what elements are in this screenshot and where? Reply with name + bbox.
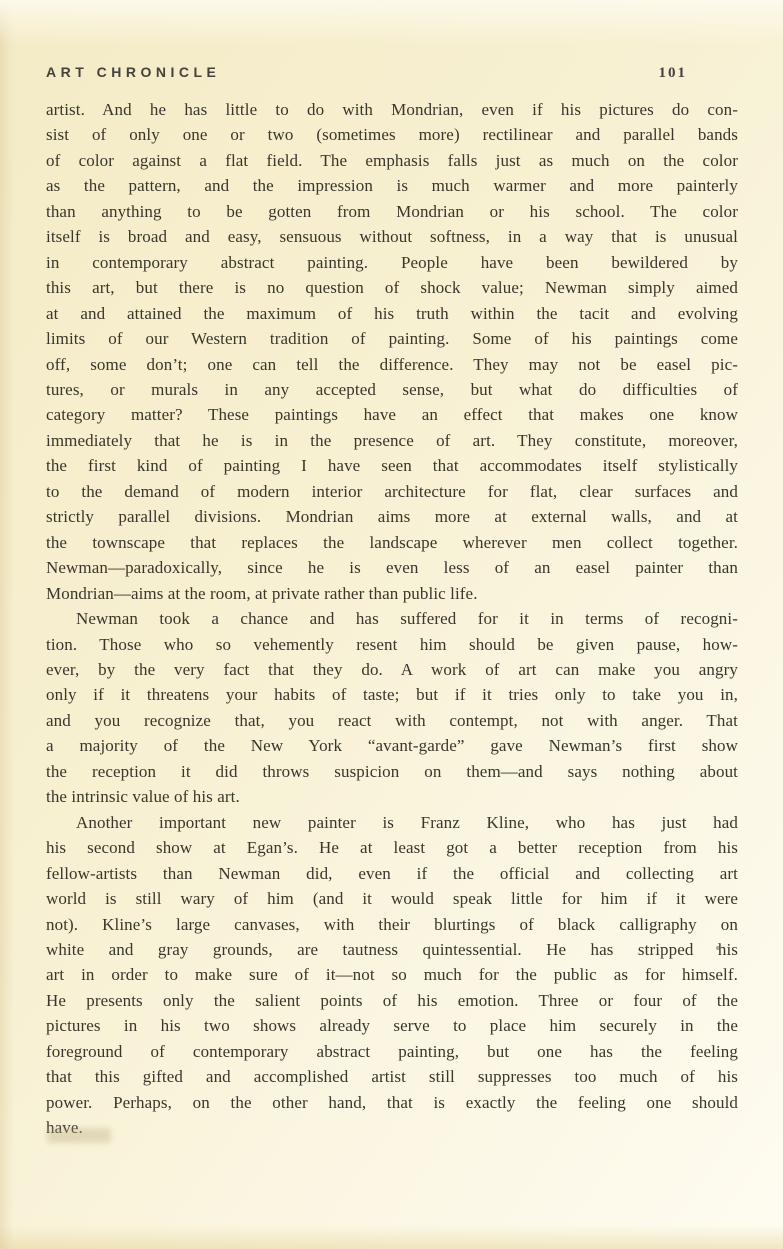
paragraph: artist. And he has little to do with Mon… — [46, 97, 738, 606]
text-line: Newman—paradoxically, since he is even l… — [46, 555, 738, 580]
text-line: that this gifted and accomplished artist… — [46, 1064, 738, 1089]
text-line: a majority of the New York “avant-garde”… — [46, 733, 738, 758]
text-line: as the pattern, and the impression is mu… — [46, 173, 738, 198]
text-line: in contemporary abstract painting. Peopl… — [46, 250, 738, 275]
text-line: tion. Those who so vehemently resent him… — [46, 632, 738, 657]
text-line: tures, or murals in any accepted sense, … — [46, 377, 738, 402]
text-line: Mondrian—aims at the room, at private ra… — [46, 581, 738, 606]
text-line: pictures in his two shows already serve … — [46, 1013, 738, 1038]
text-line: Another important new painter is Franz K… — [46, 810, 738, 835]
page-number: 101 — [659, 65, 739, 82]
text-line: of color against a flat field. The empha… — [46, 148, 738, 173]
text-line: foreground of contemporary abstract pain… — [46, 1039, 738, 1064]
paragraph: Newman took a chance and has suffered fo… — [46, 606, 738, 810]
text-line: immediately that he is in the presence o… — [46, 428, 738, 453]
text-line: off, some don’t; one can tell the differ… — [46, 352, 738, 377]
text-line: the townscape that replaces the landscap… — [46, 530, 738, 555]
text-line: the first kind of painting I have seen t… — [46, 453, 738, 478]
page-title: ART CHRONICLE — [46, 64, 220, 80]
text-line: and you recognize that, you react with c… — [46, 708, 738, 733]
show-through-smudge — [47, 1128, 111, 1143]
text-line: at and attained the maximum of his truth… — [46, 301, 738, 326]
text-line: ever, by the very fact that they do. A w… — [46, 657, 738, 682]
text-line: strictly parallel divisions. Mondrian ai… — [46, 504, 738, 529]
text-line: not). Kline’s large canvases, with their… — [46, 912, 738, 937]
body-text: artist. And he has little to do with Mon… — [46, 97, 738, 1141]
text-line: power. Perhaps, on the other hand, that … — [46, 1090, 738, 1115]
book-page: { "header": { "title": "ART CHRONICLE", … — [0, 0, 783, 1249]
paragraph: Another important new painter is Franz K… — [46, 810, 738, 1141]
text-line: fellow-artists than Newman did, even if … — [46, 861, 738, 886]
text-line: Newman took a chance and has suffered fo… — [46, 606, 738, 631]
text-line: limits of our Western tradition of paint… — [46, 326, 738, 351]
text-line: world is still wary of him (and it would… — [46, 886, 738, 911]
text-line: this art, but there is no question of sh… — [46, 275, 738, 300]
text-line: white and gray grounds, are tautness qui… — [46, 937, 738, 962]
text-line: have. — [46, 1115, 738, 1140]
text-line: only if it threatens your habits of tast… — [46, 682, 738, 707]
text-line: artist. And he has little to do with Mon… — [46, 97, 738, 122]
page-header: ART CHRONICLE 101 — [46, 64, 738, 82]
margin-speck — [716, 946, 720, 950]
text-line: sist of only one or two (sometimes more)… — [46, 122, 738, 147]
text-line: his second show at Egan’s. He at least g… — [46, 835, 738, 860]
text-line: art in order to make sure of it—not so m… — [46, 962, 738, 987]
text-line: itself is broad and easy, sensuous witho… — [46, 224, 738, 249]
text-line: than anything to be gotten from Mondrian… — [46, 199, 738, 224]
text-line: to the demand of modern interior archite… — [46, 479, 738, 504]
text-line: the intrinsic value of his art. — [46, 784, 738, 809]
text-line: He presents only the salient points of h… — [46, 988, 738, 1013]
text-line: the reception it did throws suspicion on… — [46, 759, 738, 784]
text-line: category matter? These paintings have an… — [46, 402, 738, 427]
